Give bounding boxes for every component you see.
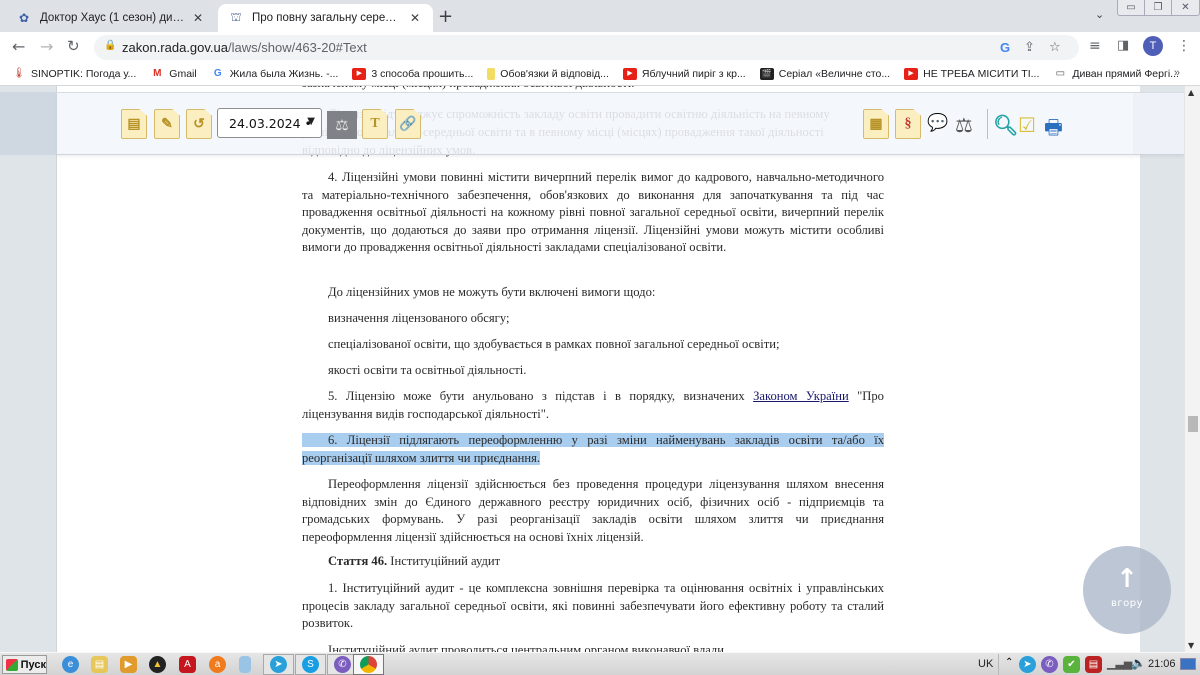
bookmark-duties[interactable]: Обов'язки й відповід...: [487, 68, 609, 80]
document-history-icon[interactable]: ↺: [186, 109, 212, 139]
thermometer-icon: 🌡: [12, 68, 26, 80]
bookmark-google[interactable]: GЖила была Жизнь. -...: [211, 68, 339, 80]
restore-icon[interactable]: ❐: [1145, 0, 1172, 15]
bookmark-series[interactable]: 🎬Серіал «Величне сто...: [760, 68, 890, 80]
network-signal-icon[interactable]: ▁▃▅: [1107, 657, 1132, 670]
file-manager-icon[interactable]: ▤: [91, 656, 108, 673]
taskbar: Пуск e ▤ ▶ ▲ A a ➤ S ✆ UK ⌃ ➤ ✆ ✔ ▤ ▁▃▅ …: [0, 652, 1200, 675]
paragraph-icon[interactable]: §: [895, 109, 921, 139]
print-icon[interactable]: 🖶: [1044, 113, 1063, 147]
new-tab-button[interactable]: +: [438, 6, 453, 27]
bookmarks-overflow-button[interactable]: »: [1174, 67, 1180, 79]
chrome-icon: [360, 656, 377, 673]
menu-kebab-icon[interactable]: ⋮: [1177, 38, 1191, 54]
viber-icon: ✆: [334, 656, 351, 673]
paragraph-reissue: Переоформлення ліцензії здійснюється без…: [302, 476, 884, 546]
viber-icon[interactable]: ✆: [1041, 656, 1058, 673]
checkbox-icon[interactable]: ☑: [1018, 113, 1036, 137]
document-icon: [487, 68, 495, 80]
lock-icon[interactable]: 🔒: [104, 40, 116, 51]
reload-icon[interactable]: ↻: [67, 37, 80, 55]
tab-title: Доктор Хаус (1 сезон) дивитись он: [40, 12, 184, 24]
youtube-icon: ▶: [904, 68, 918, 80]
scroll-up-arrow-icon[interactable]: ▲: [1188, 88, 1194, 97]
text-icon[interactable]: T: [362, 109, 388, 139]
telegram-icon[interactable]: ➤: [1019, 656, 1036, 673]
document-archive-icon[interactable]: ▤: [121, 109, 147, 139]
tab-title: Про повну загальну середню ос...: [252, 12, 401, 24]
document-page: зазначеному місці (місцях) провадження о…: [57, 86, 1140, 652]
notepad-icon[interactable]: [239, 656, 251, 673]
back-to-top-button[interactable]: ↑ вгору: [1083, 546, 1171, 634]
gmail-icon: M: [150, 68, 164, 80]
avast-icon[interactable]: a: [209, 656, 226, 673]
edition-date-select[interactable]: 24.03.2024 • ▼: [217, 108, 322, 138]
youtube-icon: ▶: [352, 68, 366, 80]
chevron-down-icon: ▼: [307, 116, 315, 127]
window-controls: ▭ ❐ ✕: [1117, 0, 1200, 16]
scrollbar-thumb[interactable]: [1188, 416, 1198, 432]
printer-tray-icon[interactable]: ▤: [1085, 656, 1102, 673]
sofa-icon: ▭: [1053, 68, 1067, 80]
comments-icon[interactable]: 💬: [927, 113, 948, 133]
taskbar-telegram-button[interactable]: ➤: [263, 654, 294, 675]
bookmark-youtube-3[interactable]: ▶НЕ ТРЕБА МІСИТИ ТІ...: [904, 68, 1039, 80]
close-window-icon[interactable]: ✕: [1172, 0, 1199, 15]
scales-icon[interactable]: ⚖: [327, 111, 357, 139]
start-button[interactable]: Пуск: [2, 655, 47, 674]
law-link[interactable]: Законом України: [753, 389, 849, 403]
list-item: визначення ліцензованого обсягу;: [302, 310, 884, 328]
list-item: спеціалізованої освіти, що здобувається …: [302, 336, 884, 354]
article-46-heading: Стаття 46. Інституційний аудит: [302, 553, 884, 571]
link-icon[interactable]: 🔗: [395, 109, 421, 139]
tab-zakon[interactable]: ⛫ Про повну загальну середню ос... ✕: [218, 4, 433, 32]
windows-logo-icon: [6, 659, 18, 671]
tab-strip: ✿ Доктор Хаус (1 сезон) дивитись он ✕ ⛫ …: [0, 0, 1200, 32]
bookmark-star-icon[interactable]: ☆: [1049, 40, 1061, 55]
vertical-scrollbar[interactable]: ▲ ▼: [1184, 86, 1200, 652]
structure-icon[interactable]: ▦: [863, 109, 889, 139]
volume-icon[interactable]: 🔈: [1131, 656, 1146, 670]
tab-search-chevron-icon[interactable]: ⌄: [1095, 8, 1104, 21]
paragraph-5: 5. Ліцензію може бути анульовано з підст…: [302, 388, 884, 423]
rada-favicon-icon: ⛫: [228, 10, 244, 26]
address-bar[interactable]: 🔒 zakon.rada.gov.ua/laws/show/463-20#Tex…: [94, 35, 1079, 60]
skype-icon: S: [302, 656, 319, 673]
internet-explorer-icon[interactable]: e: [62, 656, 79, 673]
taskbar-chrome-button[interactable]: [353, 654, 384, 675]
navigation-bar: ← → ↻ 🔒 zakon.rada.gov.ua/laws/show/463-…: [0, 32, 1200, 62]
google-translate-icon[interactable]: G: [1000, 40, 1010, 55]
youtube-icon: ▶: [623, 68, 637, 80]
bookmark-youtube-2[interactable]: ▶Яблучний пиріг з кр...: [623, 68, 746, 80]
scroll-down-arrow-icon[interactable]: ▼: [1188, 641, 1194, 650]
show-desktop-icon[interactable]: [1180, 658, 1196, 670]
house-favicon-icon: ✿: [16, 10, 32, 26]
document-edit-icon[interactable]: ✎: [154, 109, 180, 139]
paragraph-6-selected[interactable]: 6. Ліцензії підлягають переоформленню у …: [302, 432, 884, 467]
media-player-icon[interactable]: ▶: [120, 656, 137, 673]
profile-avatar[interactable]: T: [1143, 36, 1163, 56]
list-item: якості освіти та освітньої діяльності.: [302, 362, 884, 380]
media-queue-icon[interactable]: ≡: [1089, 38, 1101, 54]
show-hidden-icon[interactable]: ⌃: [1005, 657, 1013, 668]
bookmark-sofa[interactable]: ▭Диван прямий Фергі...: [1053, 68, 1179, 80]
taskbar-skype-button[interactable]: S: [295, 654, 326, 675]
paragraph-4: 4. Ліцензійні умови повинні містити виче…: [302, 169, 884, 257]
toolbar-left-shade: [0, 92, 57, 155]
page-viewport: зазначеному місці (місцях) провадження о…: [0, 86, 1184, 652]
toolbar-separator: [987, 109, 988, 139]
aimp-icon[interactable]: ▲: [149, 656, 166, 673]
search-icon[interactable]: 🔍︎: [993, 113, 1018, 137]
document-toolbar: ▤ ✎ ↺ 24.03.2024 • ▼ ⚖ T 🔗 ▦ § 💬 ⚖ 🔍︎ ☑ …: [57, 92, 1184, 155]
paragraph-partial-bottom: Інституційний аудит проводиться централь…: [302, 642, 884, 652]
bookmark-gmail[interactable]: MGmail: [150, 68, 196, 80]
back-arrow-icon[interactable]: ←: [12, 37, 25, 56]
tab-house[interactable]: ✿ Доктор Хаус (1 сезон) дивитись он ✕: [6, 4, 216, 32]
paragraph-not-include: До ліцензійних умов не можуть бути включ…: [302, 284, 884, 302]
clapperboard-icon: 🎬: [760, 68, 774, 80]
url-text[interactable]: zakon.rada.gov.ua/laws/show/463-20#Text: [122, 40, 367, 55]
google-icon: G: [211, 68, 225, 80]
security-check-icon[interactable]: ✔: [1063, 656, 1080, 673]
acrobat-icon[interactable]: A: [179, 656, 196, 673]
minimize-icon[interactable]: ▭: [1118, 0, 1145, 15]
bookmark-sinoptik[interactable]: 🌡SINOPTIK: Погода у...: [12, 68, 136, 80]
telegram-icon: ➤: [270, 656, 287, 673]
language-indicator[interactable]: UK: [978, 658, 993, 670]
forward-arrow-icon[interactable]: →: [40, 37, 53, 56]
close-tab-icon[interactable]: ✕: [407, 11, 423, 25]
share-icon[interactable]: ⇪: [1024, 40, 1035, 55]
clock[interactable]: 21:06: [1148, 658, 1176, 670]
bookmark-youtube-1[interactable]: ▶3 способа прошить...: [352, 68, 473, 80]
close-tab-icon[interactable]: ✕: [190, 11, 206, 25]
article-46-paragraph-1: 1. Інституційний аудит - це комплексна з…: [302, 580, 884, 633]
scales-icon[interactable]: ⚖: [955, 113, 973, 137]
side-panel-icon[interactable]: ◨: [1117, 38, 1129, 53]
arrow-up-icon: ↑: [1083, 564, 1171, 594]
bookmarks-bar: 🌡SINOPTIK: Погода у... MGmail GЖила была…: [0, 62, 1200, 86]
